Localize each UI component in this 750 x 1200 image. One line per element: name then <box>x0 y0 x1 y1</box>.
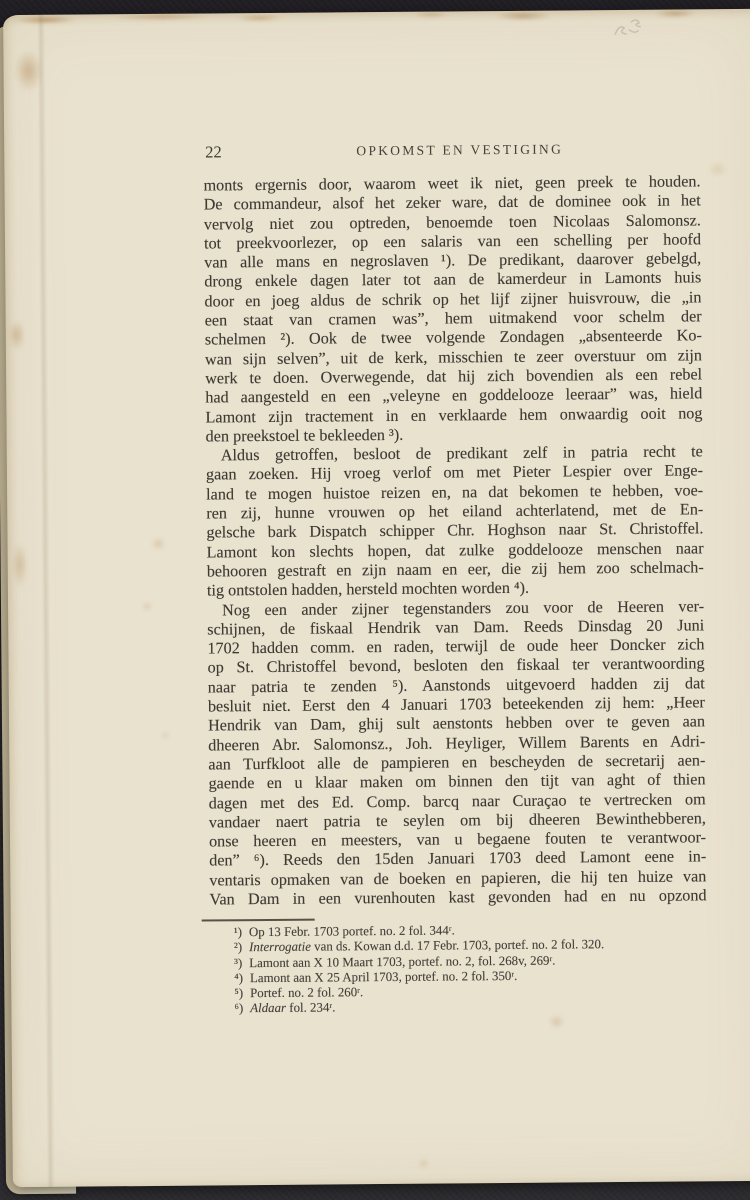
footnote-marker: ⁴) <box>234 971 243 985</box>
stain-spot <box>704 159 730 179</box>
footnote-italic-term: Aldaar <box>250 1001 286 1015</box>
footnote-marker: ⁵) <box>234 986 243 1000</box>
stain-spot <box>149 536 167 552</box>
stain-spot <box>140 600 154 613</box>
foxing-stain-top-edge <box>11 6 711 27</box>
footnotes-list: ¹)Op 13 Febr. 1703 portef. no. 2 fol. 34… <box>210 921 708 1017</box>
stain-spot <box>417 1158 431 1170</box>
stain-spot <box>545 1012 567 1030</box>
footnote-marker: ⁶) <box>234 1002 243 1016</box>
book-page: 22 OPKOMST EN VESTIGING monts ergernis d… <box>3 9 750 1187</box>
footnote-marker: ²) <box>234 941 242 955</box>
body-line: Van Dam in een vurenhouten kast gevonden… <box>209 886 706 909</box>
footnote-marker: ³) <box>234 956 242 970</box>
stain-spot <box>9 535 30 595</box>
page-crease <box>37 15 55 1187</box>
footnote-italic-term: Interrogatie <box>249 940 311 955</box>
running-title: OPKOMST EN VESTIGING <box>211 140 708 160</box>
page-header: 22 OPKOMST EN VESTIGING <box>203 137 700 163</box>
pencil-mark <box>609 14 651 49</box>
footnote-separator <box>202 919 315 922</box>
body-text: monts ergernis door, waarom weet ik niet… <box>203 172 706 909</box>
stain-spot <box>159 730 171 741</box>
paragraph: monts ergernis door, waarom weet ik niet… <box>203 172 702 446</box>
footnote: ⁶)Aldaar fol. 234ʳ. <box>210 998 707 1017</box>
footnote-marker: ¹) <box>234 925 242 939</box>
paragraph: Nog een ander zijner tegenstanders zou v… <box>207 597 707 910</box>
stain-spot <box>6 315 28 355</box>
paragraph: Aldus getroffen, besloot de predikant ze… <box>206 442 704 601</box>
scanned-book-photo: 22 OPKOMST EN VESTIGING monts ergernis d… <box>0 0 750 1200</box>
